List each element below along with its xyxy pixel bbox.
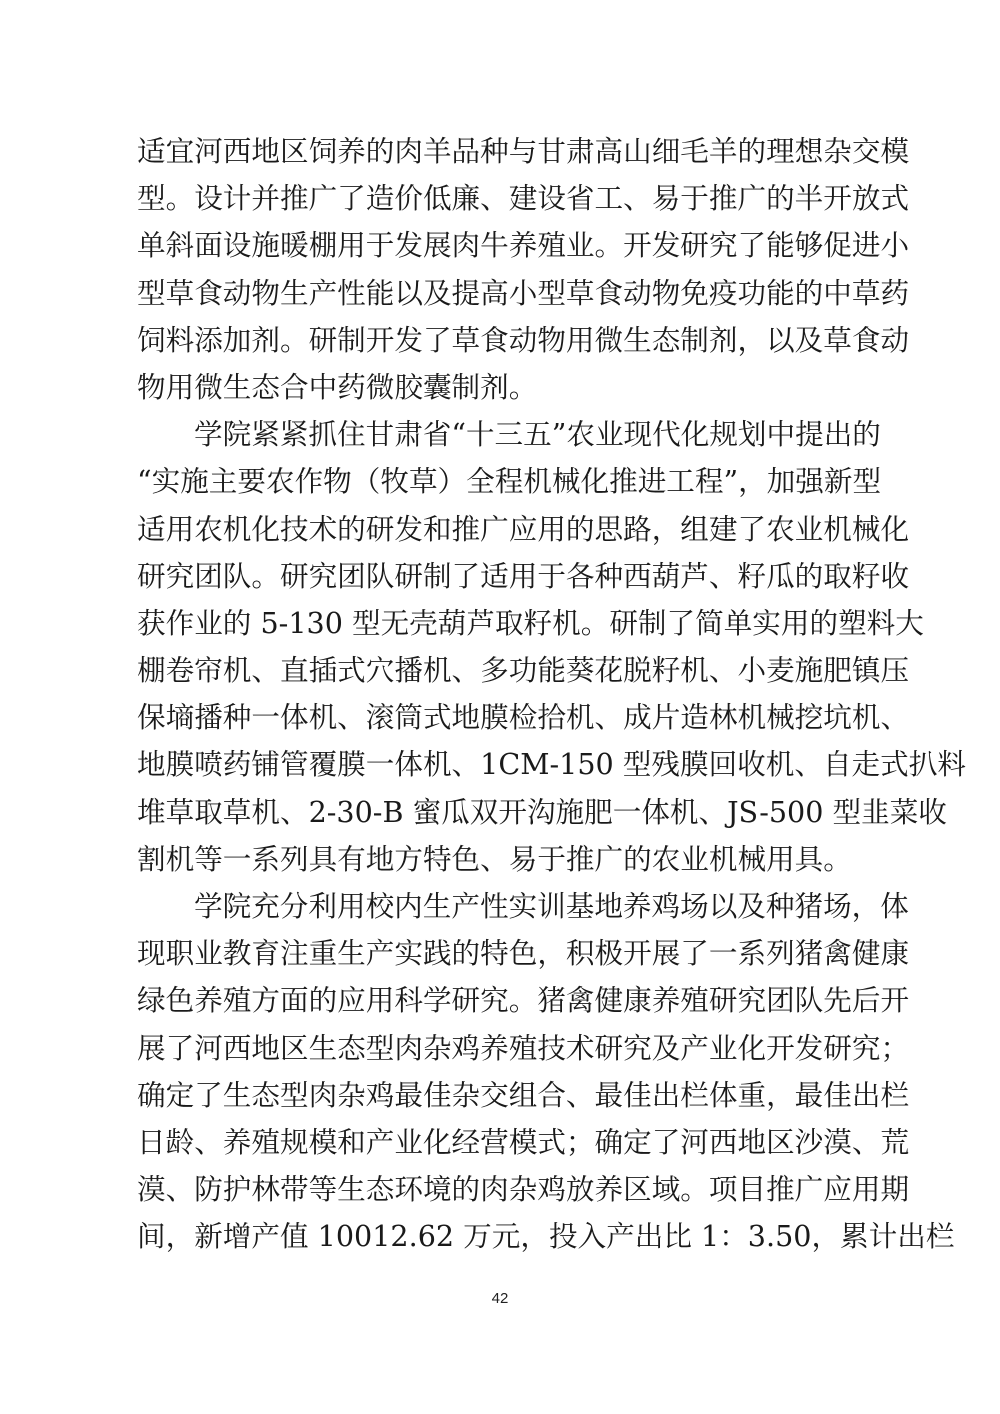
text-line: 绿色养殖方面的应用科学研究。猪禽健康养殖研究团队先后开 [137, 977, 867, 1024]
document-body: 适宜河西地区饲养的肉羊品种与甘肃高山细毛羊的理想杂交模 型。设计并推广了造价低廉… [137, 128, 867, 1261]
text-line: 型草食动物生产性能以及提高小型草食动物免疫功能的中草药 [137, 270, 867, 317]
text-line: 获作业的 5-130 型无壳葫芦取籽机。研制了简单实用的塑料大 [137, 600, 867, 647]
text-line: 学院紧紧抓住甘肃省“十三五”农业现代化规划中提出的 [137, 411, 867, 458]
text-line: 单斜面设施暖棚用于发展肉牛养殖业。开发研究了能够促进小 [137, 222, 867, 269]
text-line: 现职业教育注重生产实践的特色，积极开展了一系列猪禽健康 [137, 930, 867, 977]
text-line: 型。设计并推广了造价低廉、建设省工、易于推广的半开放式 [137, 175, 867, 222]
text-line: 适宜河西地区饲养的肉羊品种与甘肃高山细毛羊的理想杂交模 [137, 128, 867, 175]
text-line: 饲料添加剂。研制开发了草食动物用微生态制剂，以及草食动 [137, 317, 867, 364]
text-line: 学院充分利用校内生产性实训基地养鸡场以及种猪场，体 [137, 883, 867, 930]
paragraph: 学院紧紧抓住甘肃省“十三五”农业现代化规划中提出的 “实施主要农作物（牧草）全程… [137, 411, 867, 883]
text-line: 研究团队。研究团队研制了适用于各种西葫芦、籽瓜的取籽收 [137, 553, 867, 600]
text-line: 棚卷帘机、直插式穴播机、多功能葵花脱籽机、小麦施肥镇压 [137, 647, 867, 694]
text-line: 地膜喷药铺管覆膜一体机、1CM-150 型残膜回收机、自走式扒料 [137, 741, 867, 788]
paragraph: 适宜河西地区饲养的肉羊品种与甘肃高山细毛羊的理想杂交模 型。设计并推广了造价低廉… [137, 128, 867, 411]
text-line: 展了河西地区生态型肉杂鸡养殖技术研究及产业化开发研究； [137, 1025, 867, 1072]
text-line: 适用农机化技术的研发和推广应用的思路，组建了农业机械化 [137, 506, 867, 553]
text-line: 割机等一系列具有地方特色、易于推广的农业机械用具。 [137, 836, 867, 883]
text-line: “实施主要农作物（牧草）全程机械化推进工程”，加强新型 [137, 458, 867, 505]
text-line: 物用微生态合中药微胶囊制剂。 [137, 364, 867, 411]
text-line: 间，新增产值 10012.62 万元，投入产出比 1：3.50，累计出栏 [137, 1213, 867, 1260]
text-line: 堆草取草机、2-30-B 蜜瓜双开沟施肥一体机、JS-500 型韭菜收 [137, 789, 867, 836]
text-line: 日龄、养殖规模和产业化经营模式；确定了河西地区沙漠、荒 [137, 1119, 867, 1166]
page-number: 42 [0, 1290, 1000, 1307]
text-line: 确定了生态型肉杂鸡最佳杂交组合、最佳出栏体重，最佳出栏 [137, 1072, 867, 1119]
text-line: 漠、防护林带等生态环境的肉杂鸡放养区域。项目推广应用期 [137, 1166, 867, 1213]
paragraph: 学院充分利用校内生产性实训基地养鸡场以及种猪场，体 现职业教育注重生产实践的特色… [137, 883, 867, 1261]
text-line: 保墒播种一体机、滚筒式地膜检拾机、成片造林机械挖坑机、 [137, 694, 867, 741]
